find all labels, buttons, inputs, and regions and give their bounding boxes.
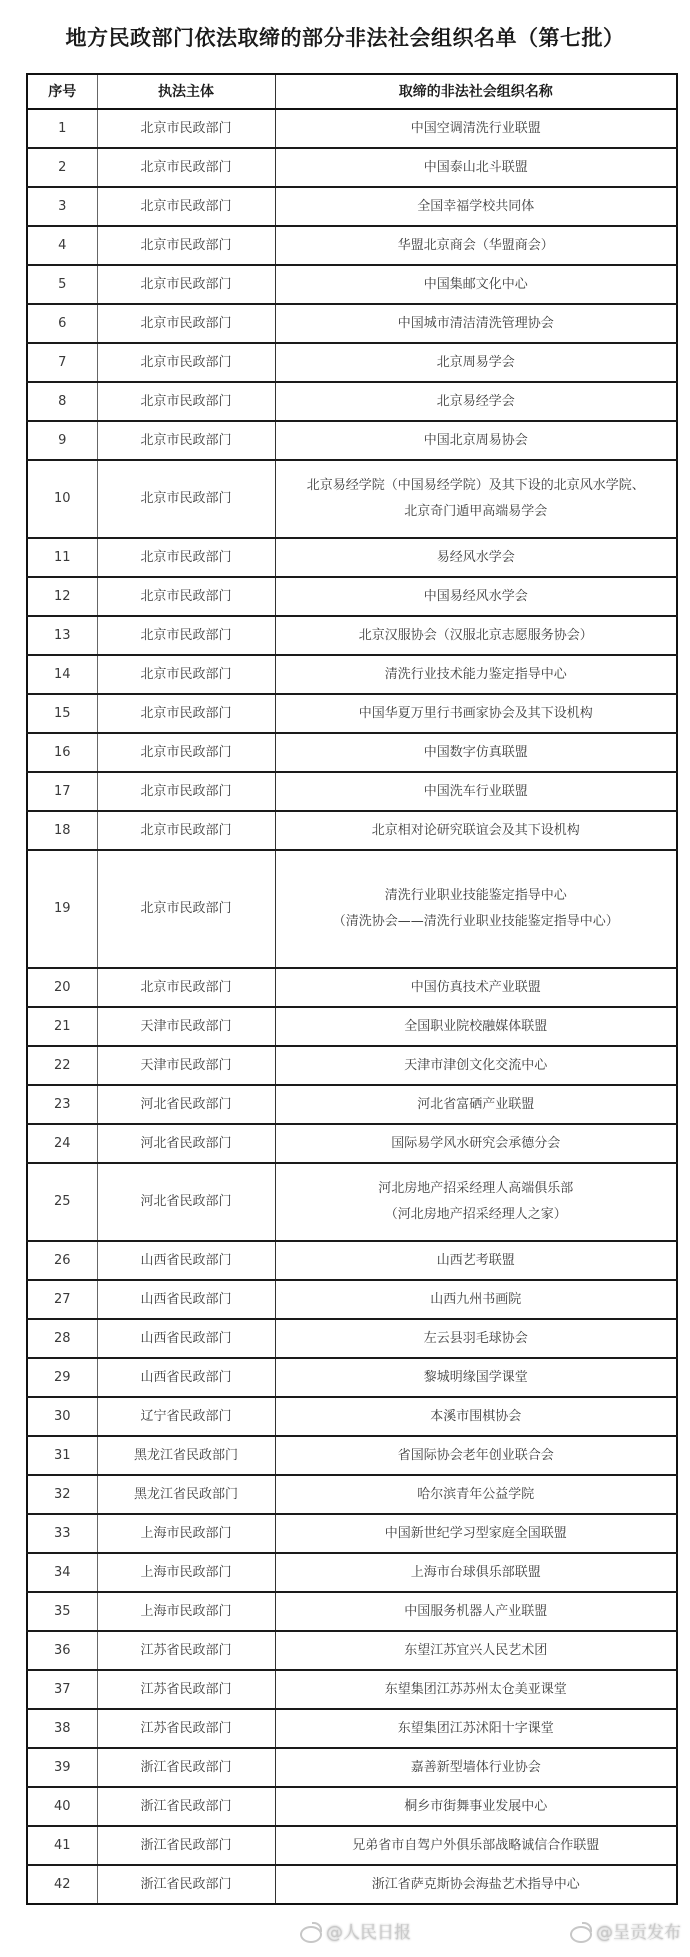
organization-name-line: 桐乡市街舞事业发展中心 (280, 1794, 673, 1820)
organization-name-line: 全国职业院校融媒体联盟 (280, 1014, 673, 1040)
cell-enforcement-authority: 北京市民政部门 (97, 772, 275, 811)
cell-enforcement-authority: 浙江省民政部门 (97, 1865, 275, 1904)
cell-serial-number: 37 (27, 1670, 97, 1709)
cell-serial-number: 23 (27, 1085, 97, 1124)
cell-serial-number: 31 (27, 1436, 97, 1475)
cell-serial-number: 38 (27, 1709, 97, 1748)
cell-serial-number: 28 (27, 1319, 97, 1358)
table-row: 2北京市民政部门中国泰山北斗联盟 (27, 148, 677, 187)
header-serial-number: 序号 (27, 74, 97, 109)
cell-enforcement-authority: 北京市民政部门 (97, 460, 275, 538)
banned-organizations-table: 序号 执法主体 取缔的非法社会组织名称 1北京市民政部门中国空调清洗行业联盟2北… (26, 73, 678, 1905)
cell-serial-number: 15 (27, 694, 97, 733)
table-row: 21天津市民政部门全国职业院校融媒体联盟 (27, 1007, 677, 1046)
table-row: 29山西省民政部门黎城明缘国学课堂 (27, 1358, 677, 1397)
cell-enforcement-authority: 北京市民政部门 (97, 694, 275, 733)
cell-enforcement-authority: 北京市民政部门 (97, 811, 275, 850)
table-row: 22天津市民政部门天津市津创文化交流中心 (27, 1046, 677, 1085)
cell-serial-number: 34 (27, 1553, 97, 1592)
cell-serial-number: 39 (27, 1748, 97, 1787)
cell-enforcement-authority: 黑龙江省民政部门 (97, 1475, 275, 1514)
organization-name-line: 中国城市清洁清洗管理协会 (280, 311, 673, 337)
watermark-chenggong: @呈贡发布 (570, 1918, 681, 1943)
table-row: 9北京市民政部门中国北京周易协会 (27, 421, 677, 460)
weibo-icon (300, 1922, 322, 1940)
organization-name-line: 北京汉服协会（汉服北京志愿服务协会） (280, 623, 673, 649)
cell-organization-name: 华盟北京商会（华盟商会） (275, 226, 677, 265)
cell-enforcement-authority: 北京市民政部门 (97, 616, 275, 655)
cell-serial-number: 2 (27, 148, 97, 187)
cell-organization-name: 山西九州书画院 (275, 1280, 677, 1319)
cell-serial-number: 3 (27, 187, 97, 226)
cell-serial-number: 42 (27, 1865, 97, 1904)
table-row: 23河北省民政部门河北省富硒产业联盟 (27, 1085, 677, 1124)
organization-name-line: 清洗行业职业技能鉴定指导中心 (280, 883, 673, 909)
cell-enforcement-authority: 浙江省民政部门 (97, 1748, 275, 1787)
organization-name-line: 北京周易学会 (280, 350, 673, 376)
organization-name-line: 中国北京周易协会 (280, 428, 673, 454)
cell-organization-name: 北京汉服协会（汉服北京志愿服务协会） (275, 616, 677, 655)
cell-serial-number: 32 (27, 1475, 97, 1514)
cell-organization-name: 清洗行业技术能力鉴定指导中心 (275, 655, 677, 694)
cell-serial-number: 16 (27, 733, 97, 772)
cell-organization-name: 河北省富硒产业联盟 (275, 1085, 677, 1124)
table-row: 39浙江省民政部门嘉善新型墙体行业协会 (27, 1748, 677, 1787)
organization-name-line: 中国易经风水学会 (280, 584, 673, 610)
organization-name-line: 北京易经学会 (280, 389, 673, 415)
table-row: 7北京市民政部门北京周易学会 (27, 343, 677, 382)
table-row: 6北京市民政部门中国城市清洁清洗管理协会 (27, 304, 677, 343)
cell-organization-name: 中国易经风水学会 (275, 577, 677, 616)
cell-serial-number: 18 (27, 811, 97, 850)
cell-organization-name: 易经风水学会 (275, 538, 677, 577)
organization-name-line: 东望集团江苏沭阳十字课堂 (280, 1716, 673, 1742)
cell-enforcement-authority: 浙江省民政部门 (97, 1826, 275, 1865)
cell-enforcement-authority: 江苏省民政部门 (97, 1670, 275, 1709)
cell-organization-name: 全国幸福学校共同体 (275, 187, 677, 226)
table-row: 18北京市民政部门北京相对论研究联谊会及其下设机构 (27, 811, 677, 850)
organization-name-line: 东望集团江苏苏州太仓美亚课堂 (280, 1677, 673, 1703)
table-row: 14北京市民政部门清洗行业技术能力鉴定指导中心 (27, 655, 677, 694)
table-row: 36江苏省民政部门东望江苏宜兴人民艺术团 (27, 1631, 677, 1670)
cell-organization-name: 浙江省萨克斯协会海盐艺术指导中心 (275, 1865, 677, 1904)
cell-organization-name: 东望集团江苏沭阳十字课堂 (275, 1709, 677, 1748)
cell-enforcement-authority: 北京市民政部门 (97, 968, 275, 1007)
cell-serial-number: 24 (27, 1124, 97, 1163)
table-row: 1北京市民政部门中国空调清洗行业联盟 (27, 109, 677, 148)
table-row: 40浙江省民政部门桐乡市街舞事业发展中心 (27, 1787, 677, 1826)
organization-name-line: 山西九州书画院 (280, 1287, 673, 1313)
cell-enforcement-authority: 辽宁省民政部门 (97, 1397, 275, 1436)
table-row: 24河北省民政部门国际易学风水研究会承德分会 (27, 1124, 677, 1163)
cell-enforcement-authority: 上海市民政部门 (97, 1514, 275, 1553)
table-row: 32黑龙江省民政部门哈尔滨青年公益学院 (27, 1475, 677, 1514)
cell-serial-number: 20 (27, 968, 97, 1007)
organization-name-line: 上海市台球俱乐部联盟 (280, 1560, 673, 1586)
organization-name-line: 北京相对论研究联谊会及其下设机构 (280, 818, 673, 844)
table-row: 8北京市民政部门北京易经学会 (27, 382, 677, 421)
table-row: 15北京市民政部门中国华夏万里行书画家协会及其下设机构 (27, 694, 677, 733)
cell-enforcement-authority: 北京市民政部门 (97, 850, 275, 968)
table-row: 41浙江省民政部门兄弟省市自驾户外俱乐部战略诚信合作联盟 (27, 1826, 677, 1865)
cell-enforcement-authority: 天津市民政部门 (97, 1007, 275, 1046)
table-row: 37江苏省民政部门东望集团江苏苏州太仓美亚课堂 (27, 1670, 677, 1709)
cell-enforcement-authority: 北京市民政部门 (97, 265, 275, 304)
organization-name-line: 山西艺考联盟 (280, 1248, 673, 1274)
cell-organization-name: 中国华夏万里行书画家协会及其下设机构 (275, 694, 677, 733)
cell-serial-number: 17 (27, 772, 97, 811)
organization-name-line: 河北房地产招采经理人高端俱乐部 (280, 1176, 673, 1202)
cell-organization-name: 清洗行业职业技能鉴定指导中心（清洗协会——清洗行业职业技能鉴定指导中心） (275, 850, 677, 968)
cell-enforcement-authority: 山西省民政部门 (97, 1358, 275, 1397)
cell-organization-name: 北京相对论研究联谊会及其下设机构 (275, 811, 677, 850)
cell-serial-number: 11 (27, 538, 97, 577)
cell-enforcement-authority: 河北省民政部门 (97, 1163, 275, 1241)
cell-organization-name: 左云县羽毛球协会 (275, 1319, 677, 1358)
organization-name-line: 易经风水学会 (280, 545, 673, 571)
cell-enforcement-authority: 北京市民政部门 (97, 226, 275, 265)
organization-name-line: 本溪市围棋协会 (280, 1404, 673, 1430)
cell-organization-name: 中国泰山北斗联盟 (275, 148, 677, 187)
table-row: 28山西省民政部门左云县羽毛球协会 (27, 1319, 677, 1358)
cell-serial-number: 40 (27, 1787, 97, 1826)
table-row: 25河北省民政部门河北房地产招采经理人高端俱乐部（河北房地产招采经理人之家） (27, 1163, 677, 1241)
cell-enforcement-authority: 北京市民政部门 (97, 577, 275, 616)
cell-enforcement-authority: 北京市民政部门 (97, 109, 275, 148)
organization-name-line-2: （河北房地产招采经理人之家） (280, 1202, 673, 1228)
cell-serial-number: 8 (27, 382, 97, 421)
table-row: 20北京市民政部门中国仿真技术产业联盟 (27, 968, 677, 1007)
organization-name-line: 中国服务机器人产业联盟 (280, 1599, 673, 1625)
organization-name-line: 中国集邮文化中心 (280, 272, 673, 298)
cell-serial-number: 4 (27, 226, 97, 265)
cell-serial-number: 7 (27, 343, 97, 382)
cell-serial-number: 36 (27, 1631, 97, 1670)
organization-name-line-2: （清洗协会——清洗行业职业技能鉴定指导中心） (280, 909, 673, 935)
cell-enforcement-authority: 北京市民政部门 (97, 538, 275, 577)
cell-enforcement-authority: 天津市民政部门 (97, 1046, 275, 1085)
cell-enforcement-authority: 北京市民政部门 (97, 421, 275, 460)
cell-serial-number: 9 (27, 421, 97, 460)
cell-organization-name: 中国城市清洁清洗管理协会 (275, 304, 677, 343)
organization-name-line: 中国泰山北斗联盟 (280, 155, 673, 181)
table-row: 34上海市民政部门上海市台球俱乐部联盟 (27, 1553, 677, 1592)
weibo-icon (570, 1922, 592, 1940)
cell-enforcement-authority: 上海市民政部门 (97, 1592, 275, 1631)
cell-serial-number: 13 (27, 616, 97, 655)
cell-enforcement-authority: 山西省民政部门 (97, 1319, 275, 1358)
cell-organization-name: 中国集邮文化中心 (275, 265, 677, 304)
organization-name-line: 河北省富硒产业联盟 (280, 1092, 673, 1118)
organization-name-line-2: 北京奇门遁甲高端易学会 (280, 499, 673, 525)
organization-name-line: 省国际协会老年创业联合会 (280, 1443, 673, 1469)
cell-organization-name: 北京易经学院（中国易经学院）及其下设的北京风水学院、北京奇门遁甲高端易学会 (275, 460, 677, 538)
table-row: 33上海市民政部门中国新世纪学习型家庭全国联盟 (27, 1514, 677, 1553)
cell-organization-name: 黎城明缘国学课堂 (275, 1358, 677, 1397)
cell-organization-name: 全国职业院校融媒体联盟 (275, 1007, 677, 1046)
table-row: 42浙江省民政部门浙江省萨克斯协会海盐艺术指导中心 (27, 1865, 677, 1904)
organization-name-line: 天津市津创文化交流中心 (280, 1053, 673, 1079)
cell-serial-number: 6 (27, 304, 97, 343)
organization-name-line: 哈尔滨青年公益学院 (280, 1482, 673, 1508)
cell-organization-name: 中国数字仿真联盟 (275, 733, 677, 772)
cell-organization-name: 桐乡市街舞事业发展中心 (275, 1787, 677, 1826)
cell-organization-name: 中国洗车行业联盟 (275, 772, 677, 811)
cell-enforcement-authority: 上海市民政部门 (97, 1553, 275, 1592)
cell-organization-name: 东望江苏宜兴人民艺术团 (275, 1631, 677, 1670)
cell-enforcement-authority: 北京市民政部门 (97, 733, 275, 772)
watermark-text: @人民日报 (326, 1918, 411, 1943)
cell-enforcement-authority: 河北省民政部门 (97, 1124, 275, 1163)
organization-name-line: 全国幸福学校共同体 (280, 194, 673, 220)
cell-organization-name: 中国空调清洗行业联盟 (275, 109, 677, 148)
cell-enforcement-authority: 北京市民政部门 (97, 304, 275, 343)
cell-serial-number: 35 (27, 1592, 97, 1631)
cell-serial-number: 12 (27, 577, 97, 616)
table-row: 38江苏省民政部门东望集团江苏沭阳十字课堂 (27, 1709, 677, 1748)
table-row: 17北京市民政部门中国洗车行业联盟 (27, 772, 677, 811)
table-row: 3北京市民政部门全国幸福学校共同体 (27, 187, 677, 226)
page-title: 地方民政部门依法取缔的部分非法社会组织名单（第七批） (0, 22, 690, 52)
table-row: 35上海市民政部门中国服务机器人产业联盟 (27, 1592, 677, 1631)
watermark-people-daily: @人民日报 (300, 1918, 411, 1943)
table-row: 11北京市民政部门易经风水学会 (27, 538, 677, 577)
cell-organization-name: 中国北京周易协会 (275, 421, 677, 460)
cell-organization-name: 省国际协会老年创业联合会 (275, 1436, 677, 1475)
cell-organization-name: 北京周易学会 (275, 343, 677, 382)
organization-name-line: 清洗行业技术能力鉴定指导中心 (280, 662, 673, 688)
organization-name-line: 国际易学风水研究会承德分会 (280, 1131, 673, 1157)
organization-name-line: 中国新世纪学习型家庭全国联盟 (280, 1521, 673, 1547)
header-organization-name: 取缔的非法社会组织名称 (275, 74, 677, 109)
cell-serial-number: 14 (27, 655, 97, 694)
organization-name-line: 左云县羽毛球协会 (280, 1326, 673, 1352)
cell-enforcement-authority: 浙江省民政部门 (97, 1787, 275, 1826)
table-row: 30辽宁省民政部门本溪市围棋协会 (27, 1397, 677, 1436)
organization-name-line: 北京易经学院（中国易经学院）及其下设的北京风水学院、 (280, 473, 673, 499)
cell-serial-number: 29 (27, 1358, 97, 1397)
cell-enforcement-authority: 北京市民政部门 (97, 187, 275, 226)
cell-enforcement-authority: 山西省民政部门 (97, 1241, 275, 1280)
cell-serial-number: 21 (27, 1007, 97, 1046)
cell-enforcement-authority: 北京市民政部门 (97, 148, 275, 187)
cell-organization-name: 天津市津创文化交流中心 (275, 1046, 677, 1085)
cell-organization-name: 本溪市围棋协会 (275, 1397, 677, 1436)
table-row: 4北京市民政部门华盟北京商会（华盟商会） (27, 226, 677, 265)
cell-organization-name: 哈尔滨青年公益学院 (275, 1475, 677, 1514)
watermark-text: @呈贡发布 (596, 1918, 681, 1943)
cell-serial-number: 5 (27, 265, 97, 304)
cell-serial-number: 41 (27, 1826, 97, 1865)
cell-organization-name: 国际易学风水研究会承德分会 (275, 1124, 677, 1163)
table-row: 31黑龙江省民政部门省国际协会老年创业联合会 (27, 1436, 677, 1475)
organization-name-line: 中国空调清洗行业联盟 (280, 116, 673, 142)
cell-organization-name: 中国服务机器人产业联盟 (275, 1592, 677, 1631)
cell-serial-number: 27 (27, 1280, 97, 1319)
table-row: 5北京市民政部门中国集邮文化中心 (27, 265, 677, 304)
cell-serial-number: 33 (27, 1514, 97, 1553)
organization-name-line: 东望江苏宜兴人民艺术团 (280, 1638, 673, 1664)
cell-serial-number: 19 (27, 850, 97, 968)
table-row: 16北京市民政部门中国数字仿真联盟 (27, 733, 677, 772)
table-row: 13北京市民政部门北京汉服协会（汉服北京志愿服务协会） (27, 616, 677, 655)
cell-serial-number: 30 (27, 1397, 97, 1436)
cell-enforcement-authority: 山西省民政部门 (97, 1280, 275, 1319)
table-row: 26山西省民政部门山西艺考联盟 (27, 1241, 677, 1280)
cell-organization-name: 兄弟省市自驾户外俱乐部战略诚信合作联盟 (275, 1826, 677, 1865)
cell-organization-name: 北京易经学会 (275, 382, 677, 421)
cell-serial-number: 10 (27, 460, 97, 538)
cell-serial-number: 22 (27, 1046, 97, 1085)
cell-serial-number: 1 (27, 109, 97, 148)
cell-organization-name: 上海市台球俱乐部联盟 (275, 1553, 677, 1592)
cell-organization-name: 中国仿真技术产业联盟 (275, 968, 677, 1007)
organization-name-line: 中国数字仿真联盟 (280, 740, 673, 766)
table-row: 19北京市民政部门清洗行业职业技能鉴定指导中心（清洗协会——清洗行业职业技能鉴定… (27, 850, 677, 968)
organization-name-line: 嘉善新型墙体行业协会 (280, 1755, 673, 1781)
organization-name-line: 浙江省萨克斯协会海盐艺术指导中心 (280, 1872, 673, 1898)
header-enforcement-authority: 执法主体 (97, 74, 275, 109)
cell-organization-name: 嘉善新型墙体行业协会 (275, 1748, 677, 1787)
organization-name-line: 兄弟省市自驾户外俱乐部战略诚信合作联盟 (280, 1833, 673, 1859)
organization-name-line: 中国洗车行业联盟 (280, 779, 673, 805)
table-header-row: 序号 执法主体 取缔的非法社会组织名称 (27, 74, 677, 109)
cell-enforcement-authority: 江苏省民政部门 (97, 1631, 275, 1670)
cell-organization-name: 东望集团江苏苏州太仓美亚课堂 (275, 1670, 677, 1709)
cell-enforcement-authority: 北京市民政部门 (97, 343, 275, 382)
table-row: 27山西省民政部门山西九州书画院 (27, 1280, 677, 1319)
organization-name-line: 华盟北京商会（华盟商会） (280, 233, 673, 259)
cell-organization-name: 山西艺考联盟 (275, 1241, 677, 1280)
cell-organization-name: 中国新世纪学习型家庭全国联盟 (275, 1514, 677, 1553)
cell-organization-name: 河北房地产招采经理人高端俱乐部（河北房地产招采经理人之家） (275, 1163, 677, 1241)
cell-enforcement-authority: 北京市民政部门 (97, 655, 275, 694)
table-row: 10北京市民政部门北京易经学院（中国易经学院）及其下设的北京风水学院、北京奇门遁… (27, 460, 677, 538)
cell-serial-number: 26 (27, 1241, 97, 1280)
cell-enforcement-authority: 江苏省民政部门 (97, 1709, 275, 1748)
organization-name-line: 中国仿真技术产业联盟 (280, 975, 673, 1001)
cell-enforcement-authority: 黑龙江省民政部门 (97, 1436, 275, 1475)
table-row: 12北京市民政部门中国易经风水学会 (27, 577, 677, 616)
cell-enforcement-authority: 北京市民政部门 (97, 382, 275, 421)
cell-serial-number: 25 (27, 1163, 97, 1241)
organization-name-line: 中国华夏万里行书画家协会及其下设机构 (280, 701, 673, 727)
cell-enforcement-authority: 河北省民政部门 (97, 1085, 275, 1124)
organization-name-line: 黎城明缘国学课堂 (280, 1365, 673, 1391)
